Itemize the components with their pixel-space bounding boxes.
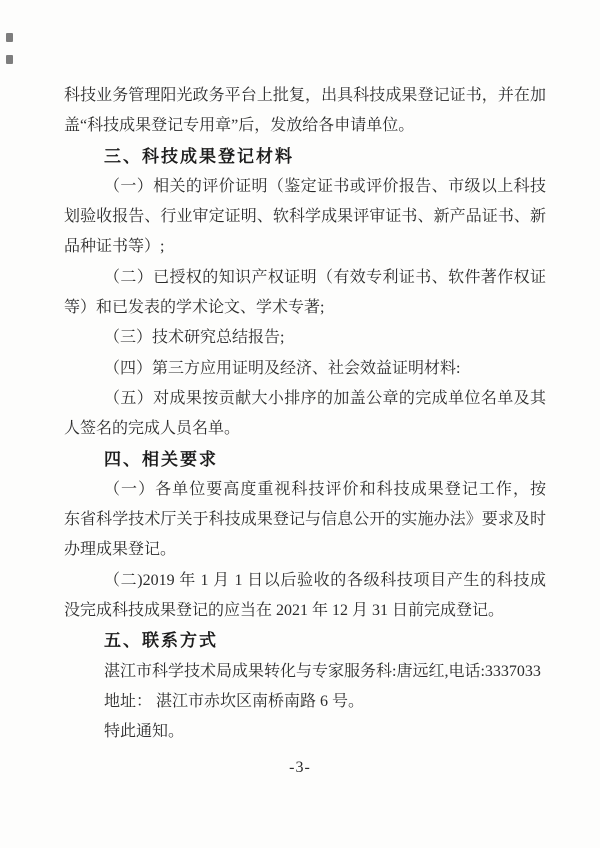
body-line: （四）第三方应用证明及经济、社会效益证明材料:	[64, 354, 546, 384]
body-line: （一）相关的评价证明（鉴定证书或评价报告、市级以上科技计	[64, 172, 546, 202]
body-line: 办理成果登记。	[64, 535, 546, 565]
section-heading: 四、相关要求	[64, 445, 546, 475]
body-line: 没完成科技成果登记的应当在 2021 年 12 月 31 日前完成登记。	[64, 596, 546, 626]
body-line: 东省科学技术厅关于科技成果登记与信息公开的实施办法》要求及时	[64, 505, 546, 535]
body-line: 特此通知。	[64, 717, 546, 747]
body-line: 湛江市科学技术局成果转化与专家服务科:唐远红,电话:3337033	[64, 657, 546, 687]
body-line: 等）和已发表的学术论文、学术专著;	[64, 293, 546, 323]
body-line: （二）已授权的知识产权证明（有效专利证书、软件著作权证书	[64, 263, 546, 293]
body-line: （五）对成果按贡献大小排序的加盖公章的完成单位名单及其本	[64, 384, 546, 414]
section-heading: 五、联系方式	[64, 626, 546, 656]
page-number: -3-	[0, 753, 600, 783]
body-line: 划验收报告、行业审定证明、软科学成果评审证书、新产品证书、新	[64, 202, 546, 232]
scan-artifact	[6, 55, 13, 64]
document-body: 科技业务管理阳光政务平台上批复，出具科技成果登记证书，并在加 盖“科技成果登记专…	[64, 81, 546, 748]
document-page: 科技业务管理阳光政务平台上批复，出具科技成果登记证书，并在加 盖“科技成果登记专…	[0, 0, 600, 848]
body-line: 地址： 湛江市赤坎区南桥南路 6 号。	[64, 687, 546, 717]
body-line: 品种证书等）;	[64, 232, 546, 262]
body-line: 人签名的完成人员名单。	[64, 414, 546, 444]
section-heading: 三、科技成果登记材料	[64, 142, 546, 172]
body-line: （一）各单位要高度重视科技评价和科技成果登记工作，按《广	[64, 475, 546, 505]
body-line: 盖“科技成果登记专用章”后，发放给各申请单位。	[64, 111, 546, 141]
body-line: 科技业务管理阳光政务平台上批复，出具科技成果登记证书，并在加	[64, 81, 546, 111]
scan-artifact	[6, 33, 13, 42]
body-line: （三）技术研究总结报告;	[64, 323, 546, 353]
body-line: （二)2019 年 1 月 1 日以后验收的各级科技项目产生的科技成果，	[64, 566, 546, 596]
